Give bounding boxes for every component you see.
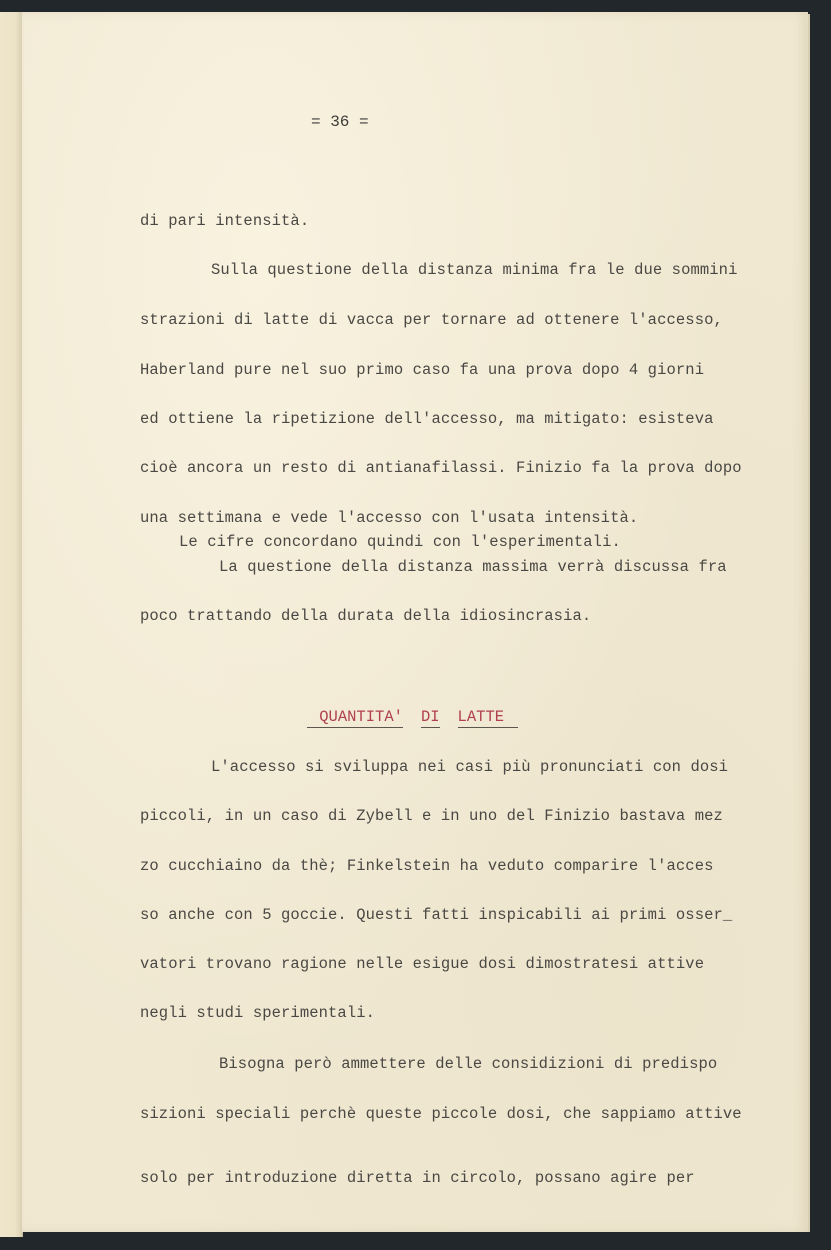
text-line: La questione della distanza massima verr… bbox=[219, 558, 727, 576]
text-line: piccoli, in un caso di Zybell e in uno d… bbox=[140, 807, 723, 825]
text-line: negli studi sperimentali. bbox=[140, 1004, 375, 1022]
heading-word: LATTE bbox=[458, 708, 519, 728]
section-heading: QUANTITA'DILATTE bbox=[270, 690, 518, 746]
text-line: L'accesso si sviluppa nei casi più pronu… bbox=[211, 758, 728, 776]
text-line: so anche con 5 goccie. Questi fatti insp… bbox=[140, 906, 732, 924]
text-line: Le cifre concordano quindi con l'esperim… bbox=[179, 533, 621, 551]
text-line: una settimana e vede l'accesso con l'usa… bbox=[140, 509, 638, 527]
text-line: Sulla questione della distanza minima fr… bbox=[211, 261, 737, 279]
text-line: Bisogna però ammettere delle considizion… bbox=[219, 1055, 717, 1073]
text-line: sizioni speciali perchè queste piccole d… bbox=[140, 1105, 742, 1123]
heading-word: QUANTITA' bbox=[307, 708, 403, 728]
text-line: ed ottiene la ripetizione dell'accesso, … bbox=[140, 410, 714, 428]
page-number: = 36 = bbox=[311, 113, 369, 131]
text-line: Haberland pure nel suo primo caso fa una… bbox=[140, 361, 704, 379]
text-line: cioè ancora un resto di antianafilassi. … bbox=[140, 459, 742, 477]
text-line: di pari intensità. bbox=[140, 212, 309, 230]
text-line: strazioni di latte di vacca per tornare … bbox=[140, 311, 723, 329]
heading-word: DI bbox=[421, 708, 440, 728]
document-page: = 36 = di pari intensità. Sulla question… bbox=[22, 12, 808, 1232]
text-line: poco trattando della durata della idiosi… bbox=[140, 607, 591, 625]
text-line: zo cucchiaino da thè; Finkelstein ha ved… bbox=[140, 857, 714, 875]
text-line: solo per introduzione diretta in circolo… bbox=[140, 1169, 695, 1187]
text-line: vatori trovano ragione nelle esigue dosi… bbox=[140, 955, 704, 973]
facing-page-edge bbox=[0, 12, 23, 1237]
